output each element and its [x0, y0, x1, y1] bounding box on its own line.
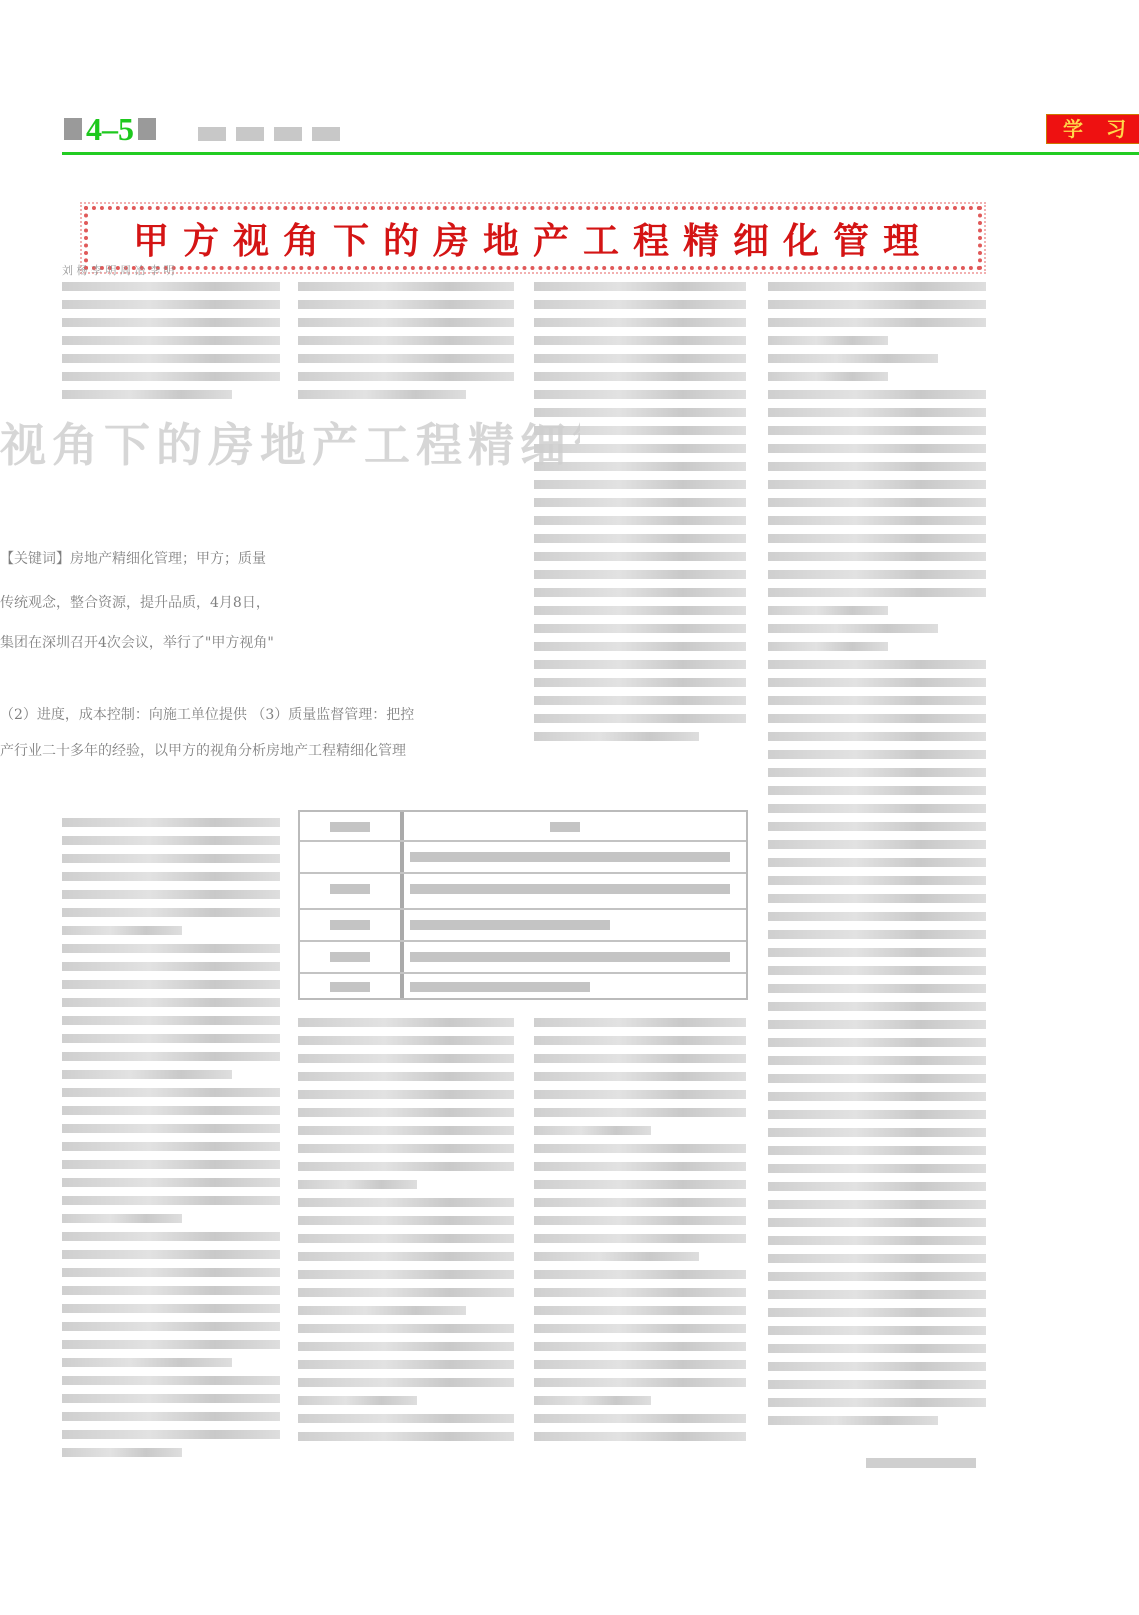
text-column-1-lower: [62, 818, 280, 1466]
table-cell: [410, 920, 610, 930]
table-row: [300, 972, 746, 974]
authors-line: 刘 杨 李 明 周 冶 李 明: [62, 262, 174, 278]
text-column-3-lower: [534, 1018, 746, 1450]
section-badge: 学 习 提: [1046, 114, 1139, 144]
crumb: [312, 127, 340, 141]
overlay-ghost-title: 视角下的房地产工程精细管理研究: [0, 420, 580, 520]
text-column-1: [62, 282, 280, 408]
table-row: [300, 940, 746, 942]
data-table: [298, 810, 748, 1000]
text-column-2: [298, 282, 514, 408]
overlay-line: （2）进度，成本控制：向施工单位提供 （3）质量监督管理：把控: [0, 704, 580, 724]
table-cell: [410, 884, 730, 894]
crumb: [198, 127, 226, 141]
table-cell: [330, 884, 370, 894]
table-cell: [410, 852, 730, 862]
article-title-box: 甲方视角下的房地产工程精细化管理: [84, 206, 982, 270]
overlay-line: 【关键词】房地产精细化管理；甲方；质量: [0, 548, 580, 568]
table-row: [300, 908, 746, 910]
table-header-cell: [550, 822, 580, 832]
header-block-right: [138, 118, 156, 140]
text-column-4: [768, 282, 986, 1434]
table-cell: [330, 982, 370, 992]
table-cell: [410, 982, 590, 992]
footer-tag: [866, 1458, 976, 1468]
table-cell: [330, 952, 370, 962]
table-cell: [410, 952, 730, 962]
table-row: [300, 872, 746, 874]
overlay-line: 集团在深圳召开4次会议，举行了"甲方视角": [0, 632, 580, 652]
crumb: [236, 127, 264, 141]
table-cell: [330, 920, 370, 930]
crumb: [274, 127, 302, 141]
table-header-cell: [330, 822, 370, 832]
table-row: [300, 840, 746, 842]
header-divider: [62, 152, 1139, 155]
page-numbers: 4–5: [86, 113, 134, 145]
header-breadcrumb: [198, 127, 340, 141]
text-column-2-lower: [298, 1018, 514, 1450]
page-number-header: 4–5: [64, 112, 156, 146]
header-block-left: [64, 118, 82, 140]
overlay-line: 产行业二十多年的经验，以甲方的视角分析房地产工程精细化管理: [0, 740, 580, 760]
overlay-line: 传统观念，整合资源，提升品质，4月8日，: [0, 592, 580, 612]
article-title: 甲方视角下的房地产工程精细化管理: [133, 213, 933, 264]
